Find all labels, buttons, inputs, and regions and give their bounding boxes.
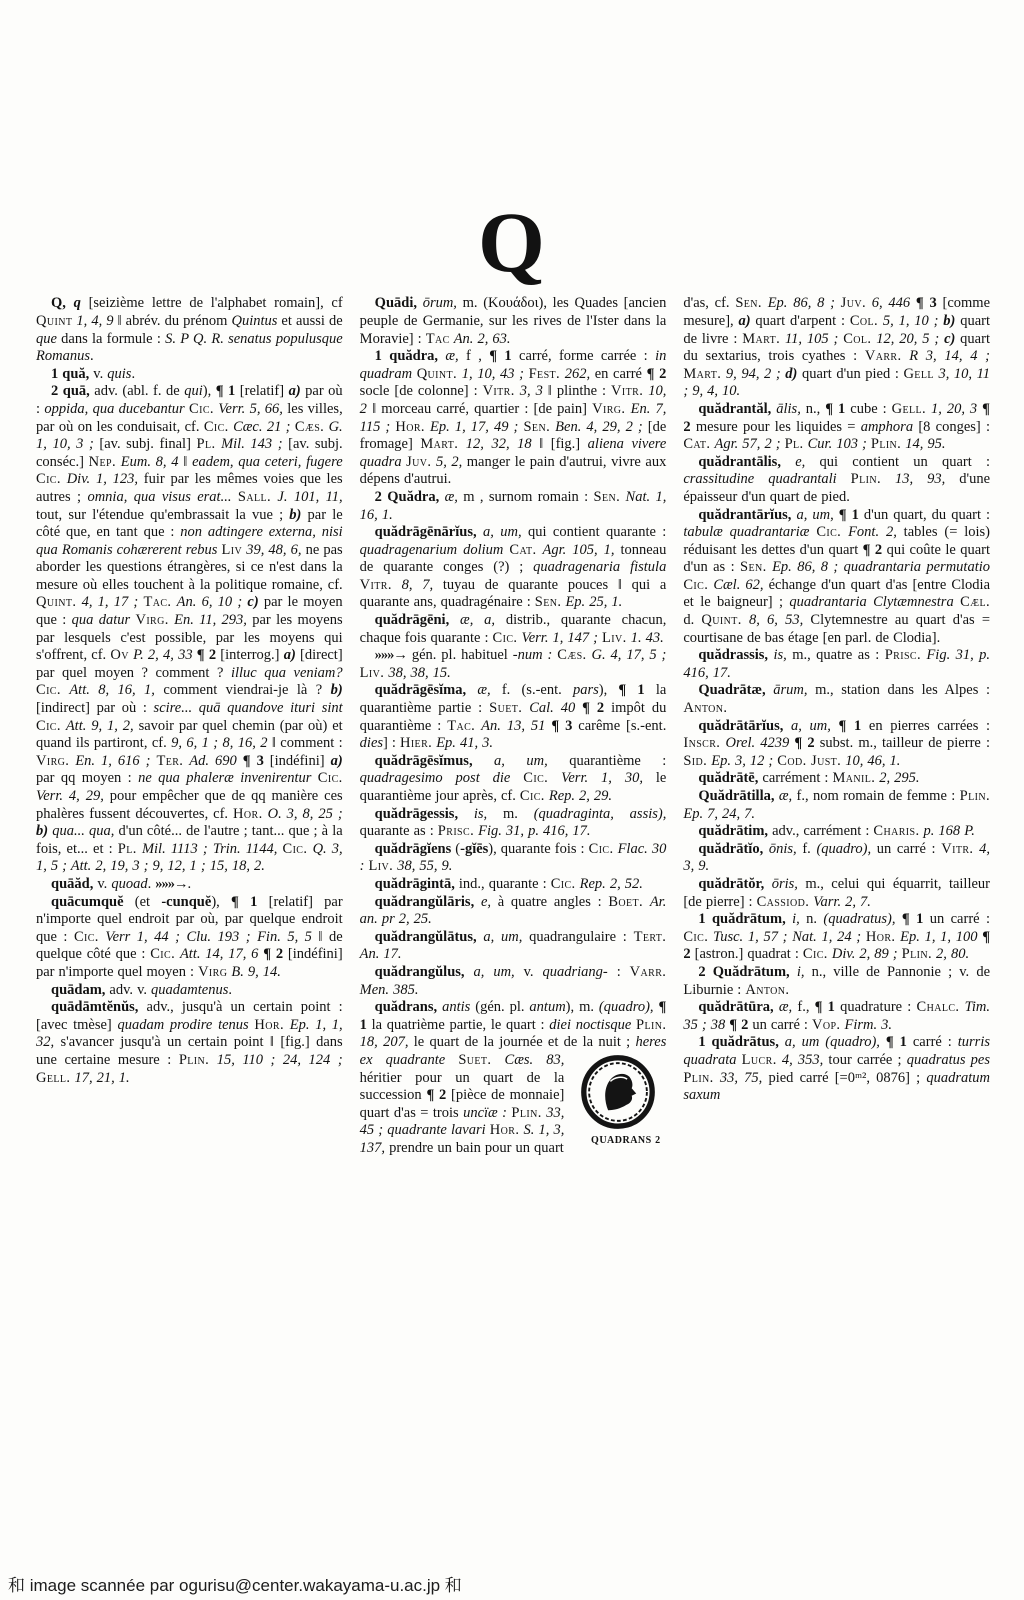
dictionary-entry: quădrātē, carrément : Manil. 2, 295. (683, 770, 990, 788)
dictionary-entry: 1 quă, v. quis. (36, 366, 343, 384)
column-1: Q, q [seizième lettre de l'alphabet roma… (36, 295, 343, 1157)
dictionary-entry: Quādi, ōrum, m. (Κουάδοι), les Quades [a… (360, 295, 667, 348)
dictionary-entry: quācumquĕ (et -cunquĕ), ¶ 1 [relatif] pa… (36, 894, 343, 982)
dictionary-entry: quădrangŭlātus, a, um, quadrangulaire : … (360, 929, 667, 964)
coin-caption: QUADRANS 2 (570, 1132, 666, 1150)
dictionary-entry: quădrāgēni, æ, a, distrib., quarante cha… (360, 612, 667, 647)
dictionary-entry: quădrātūra, æ, f., ¶ 1 quadrature : Chal… (683, 999, 990, 1034)
dictionary-page: Q Q, q [seizième lettre de l'alphabet ro… (0, 0, 1024, 1600)
dictionary-entry: quāăd, v. quoad. »»»→. (36, 876, 343, 894)
column-3: d'as, cf. Sen. Ep. 86, 8 ; Juv. 6, 446 ¶… (683, 295, 990, 1157)
dictionary-entry: Q, q [seizième lettre de l'alphabet roma… (36, 295, 343, 365)
dictionary-entry: quădrāgessis, is, m. (quadraginta, assis… (360, 806, 667, 841)
dictionary-entry: quădrassis, is, m., quatre as : Prisc. F… (683, 647, 990, 682)
dictionary-entry: 2 quā, adv. (abl. f. de qui), ¶ 1 [relat… (36, 383, 343, 876)
dictionary-entry: quădrangŭlāris, e, à quatre angles : Boe… (360, 894, 667, 929)
column-2: Quādi, ōrum, m. (Κουάδοι), les Quades [a… (360, 295, 667, 1157)
dictionary-entry: Quădrātilla, æ, f., nom romain de femme … (683, 788, 990, 823)
section-letter: Q (0, 204, 1024, 281)
dictionary-entry: quădrantālis, e, qui contient un quart :… (683, 454, 990, 507)
dictionary-entry: 1 quădra, æ, f , ¶ 1 carré, forme carrée… (360, 348, 667, 489)
dictionary-entry: quădrangŭlus, a, um, v. quadriang- : Var… (360, 964, 667, 999)
dictionary-entry: 2 Quădrātum, i, n., ville de Pannonie ; … (683, 964, 990, 999)
dictionary-entry: quădrantăl, ālis, n., ¶ 1 cube : Gell. 1… (683, 401, 990, 454)
dictionary-entry: quădrāgintā, ind., quarante : Cic. Rep. … (360, 876, 667, 894)
dictionary-entry: »»»→ gén. pl. habituel -num : Cæs. G. 4,… (360, 647, 667, 682)
dictionary-entry: quādāmtĕnŭs, adv., jusqu'à un certain po… (36, 999, 343, 1087)
dictionary-entry: d'as, cf. Sen. Ep. 86, 8 ; Juv. 6, 446 ¶… (683, 295, 990, 401)
dictionary-entry: quădrāgĭens (-gĭēs), quarante fois : Cic… (360, 841, 667, 876)
dictionary-entry: quădrātim, adv., carrément : Charis. p. … (683, 823, 990, 841)
dictionary-entry: Quadrātæ, ārum, m., station dans les Alp… (683, 682, 990, 717)
dictionary-entry: quādam, adv. v. quadamtenus. (36, 982, 343, 1000)
dictionary-entry: quădrātārĭus, a, um, ¶ 1 en pierres carr… (683, 718, 990, 771)
dictionary-entry: quădrans, antis (gén. pl. antum), m. (qu… (360, 999, 667, 1157)
dictionary-entry: quădrātŏr, ōris, m., celui qui équarrit,… (683, 876, 990, 911)
dictionary-entry: quădrāgēnārĭus, a, um, qui contient quar… (360, 524, 667, 612)
dictionary-entry: quădrātĭo, ōnis, f. (quadro), un carré :… (683, 841, 990, 876)
dictionary-entry: 1 quădrātum, i, n. (quadratus), ¶ 1 un c… (683, 911, 990, 964)
dictionary-entry: quădrantārĭus, a, um, ¶ 1 d'un quart, du… (683, 507, 990, 648)
dictionary-entry: 2 Quădra, æ, m , surnom romain : Sen. Na… (360, 489, 667, 524)
dictionary-entry: quădrāgēsĭmus, a, um, quarantième : quad… (360, 753, 667, 806)
dictionary-entry: quădrāgēsĭma, æ, f. (s.-ent. pars), ¶ 1 … (360, 682, 667, 752)
dictionary-entry: 1 quădrātus, a, um (quadro), ¶ 1 carré :… (683, 1034, 990, 1104)
quadrans-coin-figure: QUADRANS 2 (570, 1054, 666, 1150)
text-columns: Q, q [seizième lettre de l'alphabet roma… (0, 281, 1024, 1157)
coin-image (580, 1054, 656, 1130)
scan-attribution: 和 image scannée par ogurisu@center.wakay… (8, 1571, 462, 1596)
